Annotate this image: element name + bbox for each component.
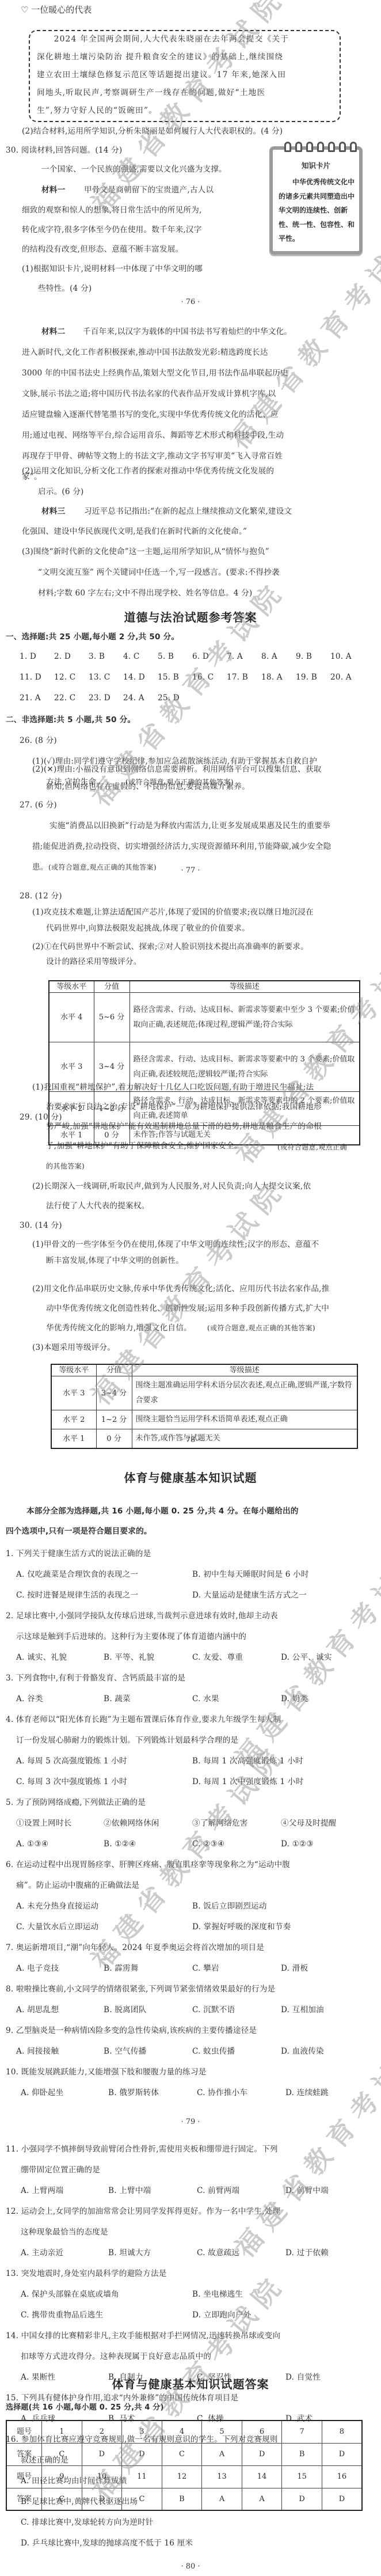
material-text-line: 细致的观察和惊人的想象,将日常生活中的所见所为,: [22, 207, 202, 215]
answer-option: A. 每周 5 次高强度锻炼 1 小时: [16, 1758, 127, 1766]
answer-item: 6. D: [192, 653, 209, 661]
answer-cell: D: [322, 2443, 362, 2465]
question-stem: 9. 乙型脑炎是一种病情凶险多变的急性传染病,该疾病的主要传播途径是: [6, 2027, 257, 2035]
material-text-line: 用;通过电视、网络等平台,综合运用音乐、舞蹈等艺术形式和科技手段,生动: [22, 432, 284, 440]
table-row: 题号12345678: [6, 2421, 362, 2443]
answer-option: D. 奶类: [281, 1695, 308, 1704]
answer-text: (1)攻克技术难题,让算法适配国产芯片,体现了爱国的价值要求;夜以继日地沉浸在: [32, 909, 314, 917]
answer-text: (2)①在代码世界中不断尝试、探索;②对人脸识别技术提出高准确率的新要求。: [32, 943, 308, 951]
question-number-cell: 5: [202, 2421, 242, 2443]
answer-item: 1. D: [20, 653, 36, 661]
question-stem: 5. 为了预防网络成瘾,下列做法正确的是: [6, 1799, 146, 1807]
question-text: 材料;字数 60 字左右;文中不得出现学校、姓名等信息。4 分): [38, 590, 252, 598]
answer-option: D. 立即跑向户外: [192, 2312, 251, 2320]
answer-option: D. 血液传染: [281, 2048, 324, 2056]
answer-cell: D: [122, 2443, 162, 2465]
question-number-cell: 1: [42, 2421, 82, 2443]
answer-item: 18. A: [261, 674, 283, 682]
statement-item: ①设置上网时长: [16, 1820, 72, 1828]
answer-option: C. 蚊虫传播: [192, 2048, 235, 2056]
answer-text: 措;能促进消费,拉动投资、切实增强经济活力,实现资源循环利用,节能降碳,减少安全…: [32, 843, 331, 851]
answer-option: C. 排球比赛中,发球轮转方向为逆时针: [21, 2519, 154, 2527]
heart-outline-icon: ♡: [21, 5, 28, 15]
column-header: 分值: [96, 1364, 132, 1376]
answer-option: C. 协作推小车: [197, 2089, 247, 2097]
question-number-cell: 6: [242, 2421, 282, 2443]
answer-option: D. 滑板: [281, 1965, 308, 1973]
answer-item: 23. D: [89, 695, 111, 703]
answer-option: C. 前臂两端: [197, 2187, 239, 2195]
answer-option: D. 过于依赖: [285, 2249, 329, 2258]
answer-cell: B: [282, 2443, 322, 2465]
material-text-line: 2024 年全国两会期间,人大代表朱晓丽在去年两会提交《关于: [37, 36, 289, 44]
answer-option: B. 每周 1 次高强度锻炼 1 小时: [192, 1758, 303, 1766]
answer-item: 5. B: [158, 653, 174, 661]
score-cell: 5~6 分: [94, 993, 129, 1042]
answer-item: 3. B: [89, 653, 105, 661]
level-cell: 水平 2: [51, 1410, 96, 1429]
question-number-cell: 16: [322, 2465, 362, 2488]
question-number-cell: 9: [42, 2465, 82, 2488]
answer-item: 7. A: [227, 653, 243, 661]
answer-cell: D: [82, 2488, 122, 2510]
answer-option: D. 公平、诚实: [281, 1654, 332, 1662]
answer-option: B. 坦诚大方: [108, 2249, 151, 2258]
question-stem: 6. 在运动过程中出现胃肠痉挛、肝脾区疼痛、腹直肌痉挛等现象称之为“运动中腹: [6, 1861, 290, 1869]
question-text: “文明交流互鉴” 两个关键词中任选一个,写一段感言。(要求:不得抄袭: [38, 569, 280, 577]
section-heading: ♡ 一位暖心的代表: [21, 6, 92, 14]
question-stem: 痛”。防止运动中腹痛的正确做法是: [16, 1882, 139, 1890]
answer-item: 9. B: [296, 653, 312, 661]
table-row: 题号910111213141516: [6, 2465, 362, 2488]
hint-text: (或符合题意,观点正确的其他答案): [207, 1325, 315, 1331]
answer-item: 13. C: [89, 674, 110, 682]
answer-item: 21. A: [20, 695, 41, 703]
answer-option: B. 初中生每天睡眠时间是 6 小时: [192, 1571, 309, 1579]
answer-text: 势严峻,加强“耕地保护”能有效遏制耕地总量下滑的趋势;耕地是粮食生产的命根: [46, 1123, 322, 1131]
question-stem: 8. 啦啦操比赛前,小文同学的情绪很紧张,下列调节紧张情绪效果最好的行为是: [6, 1986, 275, 1994]
answer-option: A. 仅吃蔬菜是合理饮食的表现之一: [16, 1571, 138, 1579]
question-stem: 这种现象最恰当的态度是: [21, 2229, 108, 2237]
answer-option: C. 攀岩: [192, 1965, 219, 1973]
question-text: 些特性。(4 分): [38, 285, 92, 293]
material-text-line: 适应键盘输入逐渐代替笔墨书写的变化,实现中华优秀传统文化的活化、应: [22, 411, 279, 419]
answer-option: D. 大量运动是健康生活方式之一: [192, 1592, 307, 1600]
page-number: · 77 ·: [0, 867, 381, 874]
table-caption: 选择题(共 16 小题,每小题 0. 25 分,共 4 分): [6, 2404, 164, 2411]
answer-text: 代码世界中,向算法极限发起挑战,体现了敬业的价值要求。: [46, 925, 250, 933]
material-label: 材料二: [41, 328, 65, 336]
answer-option: C. 友爱、尊重: [192, 1654, 243, 1662]
answer-option: A. 保护头部躲在桌底或墙角: [21, 2291, 119, 2299]
answer-option: A. 仰卧起坐: [21, 2089, 63, 2097]
column-header: 分值: [94, 981, 129, 993]
answer-cell: D: [82, 2443, 122, 2465]
paragraph-text: 一个国家、一个民族的强盛,需要以文化兴盛为支撑。: [41, 166, 227, 174]
question-number-cell: 4: [162, 2421, 202, 2443]
question-number-cell: 3: [122, 2421, 162, 2443]
material-text-line: 化强国、建设中华民族现代文明,是我们在新时代新的文化使命。”: [22, 528, 247, 536]
knowledge-card: 知识卡片 中华优秀传统文化中的诸多元素共同塑造出中华文明的连续性、创新性、统一性…: [269, 146, 363, 255]
question-text: (3)围绕“新时代新的文化使命”这一主题,运用所学知识,从“情怀与抱负”: [22, 548, 269, 556]
answer-option: A. ①③④: [16, 1841, 48, 1849]
heading-text: 一位暖心的代表: [31, 5, 92, 15]
row-header-cell: 答案: [6, 2443, 42, 2465]
question-stem: 14. 中国女排的比赛精彩非凡,主攻手能根据对手拦网情况,迅速转换吊球或变向: [6, 2332, 280, 2340]
answer-option: B. 上臂中端: [108, 2187, 151, 2195]
column-header: 等级描述: [129, 981, 360, 993]
page-number: · 80 ·: [0, 2563, 381, 2570]
material-text-line: 深化耕地土壤污染防治 提升粮食安全的建议》的基础上,继续围绕: [37, 54, 283, 62]
answer-item: 24. A: [123, 695, 144, 703]
card-body: 中华优秀传统文化中的诸多元素共同塑造出中华文明的连续性、创新性、统一性、包容性、…: [279, 175, 356, 246]
question-number-cell: 14: [242, 2465, 282, 2488]
answer-cell: A: [202, 2488, 242, 2510]
answer-option: C. 故意疏远: [197, 2249, 239, 2258]
answer-cell: A: [242, 2488, 282, 2510]
answer-item: 8. A: [261, 653, 277, 661]
answer-text: (2)(✕)理由:小福没有意识到网络信息需要辨析。利用网络平台可以搜集信息、获取: [32, 766, 321, 774]
instruction-text: 本部分全部为选择题,共 16 小题,每小题 0. 25 分,共 4 分。在每小题…: [26, 1508, 299, 1516]
row-header-cell: 题号: [6, 2465, 42, 2488]
answer-item: 10. A: [330, 653, 352, 661]
answer-option: C. 按时进餐是规律生活的表现之一: [16, 1592, 138, 1600]
answer-option: C. 每周 3 次中强度锻炼 1 小时: [16, 1778, 127, 1786]
table-header-row: 等级水平分值等级描述: [49, 981, 360, 993]
question-stem: 7. 奥运新增项目,“潮”向年轻人。2024 年夏季奥运会将首次增加的项目是: [6, 1944, 264, 1952]
hint-text: 的其他答案): [46, 1163, 85, 1170]
statement-item: ②依赖网络休闲: [104, 1820, 159, 1828]
watermark: 福建省教育考试院: [231, 2026, 381, 2262]
answer-option: A. 诚实、礼貌: [16, 1654, 67, 1662]
material-text-line: 文脉,展示书法之道;将中国历代书法名家的代表作品开发成计算机字库,以: [22, 390, 276, 399]
level-cell: 水平 4: [49, 993, 94, 1042]
answer-option: C. ②③④: [192, 1841, 224, 1849]
material-text-line: 转化成字符,很多字体至今仍在使用。数千年来,汉字: [22, 226, 202, 234]
section-title: 道德与法治试题参考答案: [0, 612, 381, 623]
answer-option: D. 掌握好呼吸的深度和节奏: [192, 1924, 291, 1932]
page-number: · 78 ·: [0, 1436, 381, 1444]
answer-text: (3)本题采用等级评分。: [32, 1344, 115, 1352]
answer-option: A. 上臂两端: [21, 2187, 63, 2195]
question-number-cell: 11: [122, 2465, 162, 2488]
answer-item: 19. B: [296, 674, 317, 682]
instruction-text: 四个选项中,只有一项是符合题目要求的。: [6, 1528, 152, 1536]
answer-option: C. 大量饮水后立即运动: [16, 1924, 98, 1932]
question-title: 29. (10 分): [20, 1114, 62, 1122]
answer-option: B. ①②④: [104, 1841, 136, 1849]
material-text-line: 进入新时代,文化工作者积极探索,推动中国书法散发光彩:精选跨度长达: [22, 349, 268, 357]
answer-option: A. 主动亲近: [21, 2249, 63, 2258]
material-text-line: 生”,努力守好人民的“饭碗田”。: [37, 107, 157, 115]
statement-item: ④父母及时提醒: [281, 1820, 337, 1828]
question-stem: 15. 下列具有健体护身作用,追求“内外兼修”的中国传统体育项目是: [6, 2395, 238, 2403]
answer-option: B. 俄罗斯转体: [108, 2089, 159, 2097]
question-stem: 13. 突发地震时,身处室内最科学的避险方法是: [6, 2270, 167, 2278]
answer-option: A. 间接接触: [16, 2048, 59, 2056]
question-stem: 11. 小强同学不慎摔倒导致前臂闭合性骨折,需使用夹板和绷带进行固定。下列: [6, 2146, 278, 2154]
question-stem: 绷带固定位置正确的是: [21, 2167, 100, 2175]
answer-item: 15. B: [158, 674, 179, 682]
answer-text: 法行使了人大代表的提案权。: [46, 1202, 149, 1211]
notebook-rings-icon: [284, 142, 357, 152]
answer-option: D. 连续蛙跳: [285, 2089, 329, 2097]
answer-item: 14. D: [123, 674, 145, 682]
answer-option: A. 胡思乱想: [16, 2006, 59, 2014]
question-title: 30. (14 分): [20, 1222, 62, 1230]
answer-text: 动中华优秀传统文化创造性转化、创新性发展;运用多种手段创新传播方式,扩大中: [46, 1305, 329, 1313]
material-text-line: 再现存于甲骨、碑帖等文物上的书法文字,推动文字书写审美“飞入寻常百姓: [22, 453, 283, 461]
table-header-row: 等级水平分值等级描述: [51, 1364, 357, 1376]
table-row: 水平 33~4 分围绕主题准确运用学科术语分层次表述,观点正确,逻辑严谨,字数符…: [51, 1376, 357, 1410]
question-stem: 示这球是触到手后进球的。这种行为主要体现了体育道德内涵中的: [16, 1633, 246, 1641]
answer-option: B. 空气传播: [104, 2048, 146, 2056]
answer-cell: C: [42, 2488, 82, 2510]
answer-text: 断丰富发展,体现了中华文明的创新性。: [46, 1257, 184, 1265]
question-text: (2)运用文化知识,分析文化工作者的探索对推动中华优秀传统文化发展的: [22, 468, 274, 476]
question-stem: 2. 足球比赛中,小强同学接队友传球后进球,当裁判示意进球有效时,他却主动表: [6, 1613, 278, 1621]
section-title: 体育与健康基本知识试题答案: [0, 2378, 381, 2390]
description-cell: 围绕主题恰当运用学科术语简单表述,观点正确: [132, 1410, 357, 1429]
question-number-cell: 7: [282, 2421, 322, 2443]
question-number-cell: 8: [322, 2421, 362, 2443]
question-stem: 4. 体育老师以“阳光体育长跑”为主题布置课后体育作业,要求九年级学生每人制: [6, 1716, 281, 1724]
answer-option: B. 蔬菜: [104, 1695, 131, 1704]
answer-option: D. 乒乓球比赛中,发球的抛球高度不低于 16 厘米: [21, 2540, 193, 2548]
table-row: 水平 45~6 分路径含需求、行动、达成目标、新需求等要素中至少 3 个要素;价…: [49, 993, 360, 1042]
statement-item: ③了解网络危害: [192, 1820, 248, 1828]
section-heading: 一、选择题:共 25 小题,每小题 2 分,共 50 分。: [6, 633, 179, 642]
answer-text: 设计的路径采用等级评分。: [46, 958, 142, 966]
answer-item: 16. C: [192, 674, 214, 682]
question-number-cell: 13: [202, 2465, 242, 2488]
table-row: 水平 21~2 分围绕主题恰当运用学科术语简单表述,观点正确: [51, 1410, 357, 1429]
answer-item: 2. D: [54, 653, 71, 661]
question-stem: 12. 运动会上,女同学的加油常常会让男同学发挥得更好。作为一名中学生,处理: [6, 2208, 280, 2216]
answer-option: D. 互相加油: [281, 2006, 324, 2014]
answer-cell: D: [282, 2488, 322, 2510]
answer-text: (2)长期深入一线调研,听取民声,做到为人民服务,对人民负责;向人大提交议案,依: [32, 1183, 311, 1191]
description-cell: 路径含需求、行动、达成目标、新需求等要素中至少 3 个要素;价值取向正确,表述规…: [129, 993, 360, 1042]
answer-cell: A: [202, 2443, 242, 2465]
material-text-line: 千百年来,以汉字为载体的中国书法书写着灿烂的中华文化。: [83, 328, 292, 336]
grading-table: 等级水平分值等级描述水平 45~6 分路径含需求、行动、达成目标、新需求等要素中…: [48, 980, 360, 1145]
answer-option: A. 电子竞技: [16, 1965, 59, 1973]
question-text: (1)根据知识卡片,说明材料一中体现了中华文明的哪: [22, 265, 203, 274]
answer-cell: C: [42, 2443, 82, 2465]
row-header-cell: 答案: [6, 2488, 42, 2510]
answer-item: 17. B: [227, 674, 248, 682]
answer-option: D. ①②③: [281, 1841, 314, 1849]
description-cell: 围绕主题准确运用学科术语分层次表述,观点正确,逻辑严谨,字数符合要求: [132, 1376, 357, 1410]
answer-option: D. 前臂中端: [285, 2187, 329, 2195]
question-stem: 订一份发展心肺耐力的锻炼计划。下列锻炼计划最科学合理的是: [16, 1737, 238, 1745]
answer-option: C. 水果: [192, 1695, 219, 1704]
score-cell: 1~2 分: [96, 1410, 132, 1429]
row-header-cell: 题号: [6, 2421, 42, 2443]
question-text: 启示。(6 分): [38, 488, 84, 496]
answer-item: 25. D: [158, 695, 180, 703]
answer-cell: C: [162, 2443, 202, 2465]
hint-text: (或符合题意,观点正确: [277, 1144, 347, 1151]
answer-option: A. 谷类: [16, 1695, 43, 1704]
answer-text: 实施“消费品以旧换新”行动是为释放内需活力,让更多发展成果惠及民生的重要举: [49, 822, 330, 830]
answer-option: B. 坐电梯逃生: [192, 2291, 243, 2299]
answer-item: 4. C: [123, 653, 140, 661]
page-number: · 76 ·: [0, 298, 381, 306]
answer-option: B. 平等、礼貌: [104, 1654, 154, 1662]
column-header: 等级描述: [132, 1364, 357, 1376]
question-number-cell: 15: [282, 2465, 322, 2488]
answer-cell: C: [122, 2488, 162, 2510]
question-title: 27. (6 分): [20, 802, 57, 810]
material-text-line: 甲骨文是商朝留下的宝贵遗产,古人以: [84, 187, 214, 195]
question-number-cell: 2: [82, 2421, 122, 2443]
material-label: 材料三: [41, 508, 65, 516]
material-label: 材料一: [41, 187, 65, 195]
answer-option: D. 每周 1 次中强度锻炼 1 小时: [192, 1778, 303, 1786]
table-row: 答案CDCBAADD: [6, 2488, 362, 2510]
question-stem: 扣球等方式进攻得分。这种表现属于良好意志品质中的: [21, 2353, 211, 2361]
material-text-line: 习近平总书记指出:“在新的起点上继续推动文化繁荣,建设文: [84, 508, 292, 516]
answer-text: (1)甲骨文的一些字体至今仍在使用,体现了中华文明的连续性;汉字的形态、意蕴不: [32, 1241, 319, 1249]
answer-text: 治要求实行良法之治,专设“耕地保护”一章为耕地保护提供法律依据;我国耕地形: [46, 1103, 322, 1111]
question-text: (2)结合材料,运用所学知识,分析朱晓丽是如何履行人大代表职权的。(4 分): [22, 128, 283, 136]
answer-option: C. 沉默不语: [192, 2006, 235, 2014]
answer-option: B. 饭后立即剧烈运动: [192, 1903, 267, 1911]
answer-item: 20. A: [330, 674, 352, 682]
material-text-line: 3000 年的中国书法史上经典作品,策划大型文化节目,用书法作品串联起历史: [22, 370, 288, 378]
table-row: 答案CDDCADBD: [6, 2443, 362, 2465]
question-stem: 3. 下列食物中,有利于骨骼发育、含钙质最丰富的是: [6, 1675, 185, 1683]
question-title: 30. 阅读材料,回答问题。(14 分): [6, 147, 122, 155]
answer-cell: D: [242, 2443, 282, 2465]
answer-item: 22. C: [54, 695, 75, 703]
question-stem: 1. 下列关于健康生活方式的说法正确的是: [6, 1550, 151, 1558]
material-text-line: 间地头,听取民声,考察调研生产一线存在的问题,做好“土地医: [37, 89, 265, 97]
question-number-cell: 10: [82, 2465, 122, 2488]
answer-text: 新知,但网络也存在虚假的、不良的信息,要提高媒介素养。: [46, 783, 250, 791]
question-title: 28. (12 分): [20, 893, 62, 901]
question-number-cell: 12: [162, 2465, 202, 2488]
answer-option: B. 脱离团队: [104, 2006, 146, 2014]
answer-option: A. 未充分热身直接运动: [16, 1903, 98, 1911]
page-number: · 79 ·: [0, 2118, 381, 2126]
answer-cell: D: [322, 2488, 362, 2510]
answer-cell: B: [162, 2488, 202, 2510]
question-title: 26. (8 分): [20, 737, 57, 745]
watermark: 福建省教育考试院: [87, 1738, 291, 1974]
answer-key-table: 题号12345678答案CDDCADBD题号910111213141516答案C…: [6, 2420, 363, 2511]
question-stem: 10. 既能发展跳跃能力,又能增强下肢和腰腹力量的练习是: [6, 2069, 207, 2077]
answer-text: 华优秀传统文化的影响力,增强文化自信。: [46, 1325, 192, 1333]
answer-text: (2)用文化作品串联历史文脉,传承中华优秀传统文化;活化、应用历代书法名家作品,…: [32, 1285, 329, 1293]
answer-item: 12. C: [54, 674, 75, 682]
answer-text: 子,加强“耕地保护”有助于保障粮食安全,维护国家安全。: [46, 1143, 242, 1151]
material-text-line: 的结构没有改变,但形态、意蕴不断丰富发展。: [22, 246, 183, 254]
score-cell: 3~4 分: [96, 1376, 132, 1410]
answer-text: (1)我国重视“耕地保护”,着力解决好十几亿人口吃饭问题,有助于增进民生福祉;法: [32, 1084, 314, 1092]
level-cell: 水平 3: [51, 1376, 96, 1410]
answer-option: C. 携带贵重物品后逃生: [21, 2312, 103, 2320]
material-text-line: 建立农田土壤绿色修复示范区等话题提出建议。17 年来,她深入田: [37, 71, 286, 79]
column-header: 等级水平: [51, 1364, 96, 1376]
answer-option: B. 霹雳舞: [104, 1965, 139, 1973]
section-heading: 二、非选择题:共 5 小题,共 50 分。: [6, 716, 135, 724]
section-title: 体育与健康基本知识试题: [0, 1472, 381, 1484]
card-title: 知识卡片: [273, 162, 359, 170]
column-header: 等级水平: [49, 981, 94, 993]
answer-item: 11. D: [20, 674, 41, 682]
